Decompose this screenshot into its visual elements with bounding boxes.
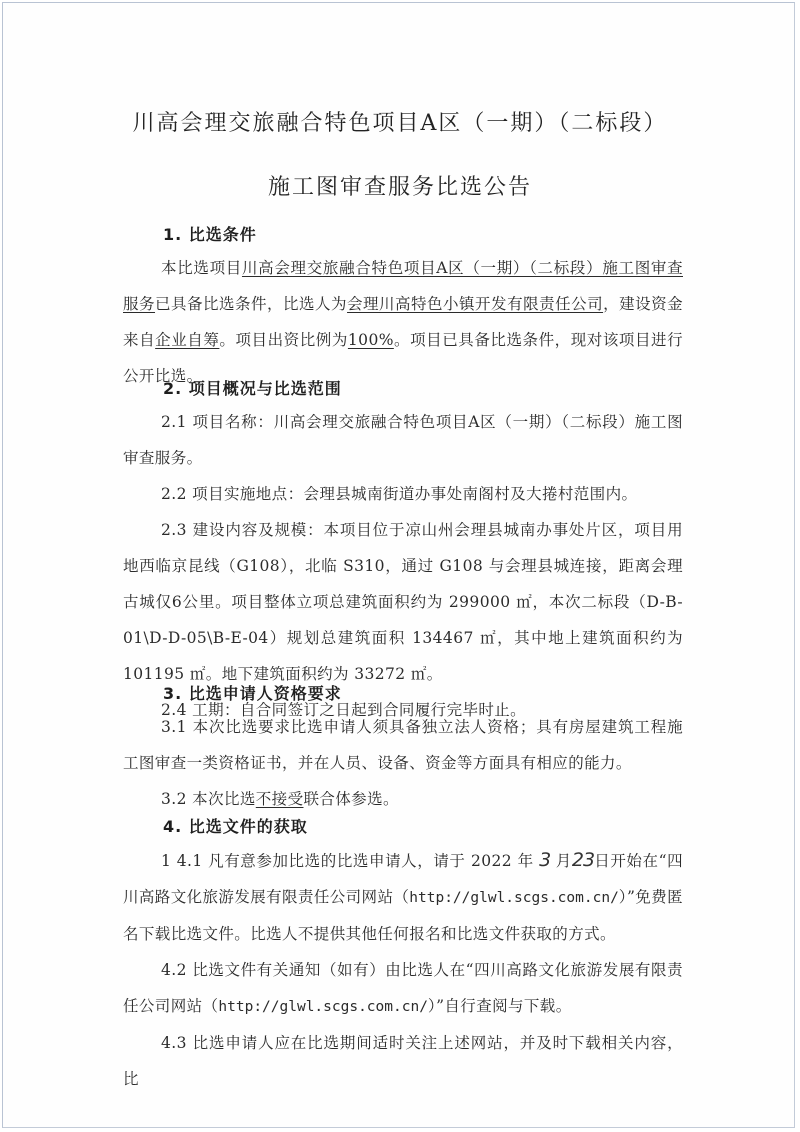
section-2-body: 2.1 项目名称：川高会理交旅融合特色项目A区（一期）（二标段）施工图审查服务。… [123, 404, 683, 728]
funding-ratio-underlined: 100% [348, 331, 394, 349]
section-4-heading: 4. 比选文件的获取 [163, 814, 308, 837]
section-1-heading: 1. 比选条件 [163, 222, 257, 245]
text: 3.2 本次比选 [161, 790, 256, 808]
website-url[interactable]: http://glwl.scgs.com.cn/ [218, 999, 428, 1015]
text: 联合体参选。 [303, 790, 398, 808]
text: ）”自行查阅与下载。 [428, 997, 572, 1015]
funding-source-underlined: 企业自筹 [155, 331, 219, 349]
website-url[interactable]: http://glwl.scgs.com.cn/ [409, 890, 619, 906]
handwritten-month: 3 [539, 849, 550, 871]
paragraph-3-1: 3.1 本次比选要求比选申请人须具备独立法人资格；具有房屋建筑工程施工图审查一类… [123, 709, 683, 781]
text: 1 4.1 凡有意参加比选的比选申请人，请于 2022 年 [161, 852, 539, 870]
document-title: 川高会理交旅融合特色项目A区（一期）（二标段） [0, 106, 800, 137]
section-1-paragraph: 本比选项目川高会理交旅融合特色项目A区（一期）（二标段）施工图审查服务已具备比选… [123, 250, 683, 394]
section-4-body: 1 4.1 凡有意参加比选的比选申请人，请于 2022 年 3 月23日开始在“… [123, 842, 683, 1097]
text: 。项目出资比例为 [219, 331, 348, 349]
text: 月 [550, 852, 572, 870]
paragraph-2-3: 2.3 建设内容及规模：本项目位于凉山州会理县城南办事处片区，项目用地西临京昆线… [123, 512, 683, 692]
paragraph-2-2: 2.2 项目实施地点：会理县城南街道办事处南阁村及大捲村范围内。 [123, 476, 683, 512]
not-accepted-underlined: 不接受 [256, 790, 304, 808]
section-2-heading: 2. 项目概况与比选范围 [163, 376, 342, 399]
section-3-body: 3.1 本次比选要求比选申请人须具备独立法人资格；具有房屋建筑工程施工图审查一类… [123, 709, 683, 817]
paragraph-4-2: 4.2 比选文件有关通知（如有）由比选人在“四川高路文化旅游发展有限责任公司网站… [123, 952, 683, 1025]
text: 已具备比选条件，比选人为 [155, 295, 347, 313]
paragraph-2-1: 2.1 项目名称：川高会理交旅融合特色项目A区（一期）（二标段）施工图审查服务。 [123, 404, 683, 476]
document-subtitle: 施工图审查服务比选公告 [0, 170, 800, 201]
section-3-heading: 3. 比选申请人资格要求 [163, 681, 342, 704]
handwritten-day: 23 [572, 849, 594, 871]
tenderer-name-underlined: 会理川高特色小镇开发有限责任公司 [347, 295, 603, 313]
paragraph-3-2: 3.2 本次比选不接受联合体参选。 [123, 781, 683, 817]
section-1-body: 本比选项目川高会理交旅融合特色项目A区（一期）（二标段）施工图审查服务已具备比选… [123, 250, 683, 394]
paragraph-4-3: 4.3 比选申请人应在比选期间适时关注上述网站，并及时下载相关内容，比 [123, 1025, 683, 1097]
paragraph-4-1: 1 4.1 凡有意参加比选的比选申请人，请于 2022 年 3 月23日开始在“… [123, 842, 683, 952]
text: 本比选项目 [161, 259, 242, 277]
